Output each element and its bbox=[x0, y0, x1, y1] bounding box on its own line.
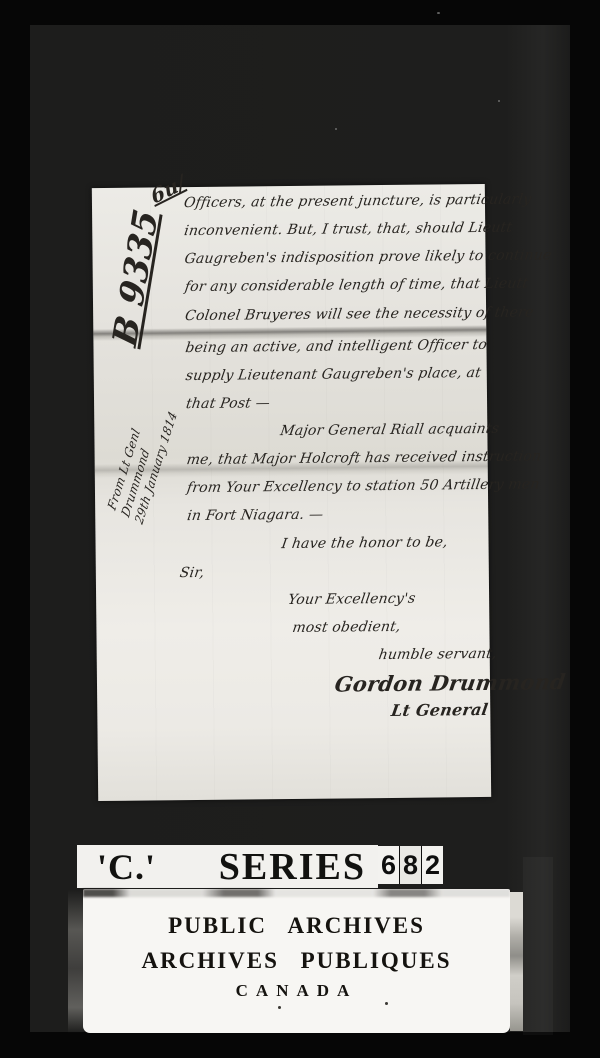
series-letter-label: 'C.' bbox=[97, 846, 156, 888]
closing-line: I have the honor to be, bbox=[280, 534, 449, 552]
signature-rank: Lt General bbox=[390, 700, 490, 720]
volume-digit: 6 bbox=[378, 846, 399, 884]
letter-line: Officers, at the present juncture, is pa… bbox=[183, 191, 533, 211]
closing-line: humble servant, bbox=[378, 646, 498, 663]
archive-card-title-fr: ARCHIVES PUBLIQUES bbox=[83, 948, 510, 974]
letter-line: from Your Excellency to station 50 Artil… bbox=[186, 476, 541, 496]
microfilm-scan: 6u/ B 9335 From Lt Genl Drummond 29th Ja… bbox=[0, 0, 600, 1058]
archive-card-title-en: PUBLIC ARCHIVES bbox=[83, 913, 510, 939]
card-speck bbox=[385, 1002, 388, 1005]
letter-document: 6u/ B 9335 From Lt Genl Drummond 29th Ja… bbox=[92, 184, 491, 801]
volume-digit: 8 bbox=[400, 846, 421, 884]
signature: Gordon Drummond bbox=[333, 669, 567, 696]
closing-line: Your Excellency's bbox=[287, 591, 417, 608]
letter-line: inconvenient. But, I trust, that, should… bbox=[183, 220, 513, 239]
volume-digit: 2 bbox=[422, 846, 443, 884]
series-word-label: SERIES bbox=[219, 845, 366, 889]
card-speck bbox=[278, 1006, 281, 1009]
letter-line: Major General Riall acquaints bbox=[279, 421, 500, 439]
card-left-edge-smudge bbox=[68, 890, 84, 1033]
docket-annotation: From Lt Genl Drummond 29th January 1814 bbox=[105, 395, 180, 527]
letter-line: in Fort Niagara. — bbox=[186, 507, 324, 524]
letter-line: supply Lieutenant Gaugreben's place, at bbox=[185, 365, 483, 384]
card-shadow bbox=[523, 857, 553, 1035]
letter-line: for any considerable length of time, tha… bbox=[184, 275, 530, 295]
dust-speck bbox=[335, 128, 337, 130]
card-right-edge-strip bbox=[510, 892, 523, 1031]
archive-card-country: CANADA bbox=[83, 981, 510, 1001]
archive-card: PUBLIC ARCHIVES ARCHIVES PUBLIQUES CANAD… bbox=[83, 889, 510, 1033]
volume-number: 6 8 2 bbox=[378, 846, 443, 884]
closing-line: Sir, bbox=[179, 565, 206, 581]
series-banner: 'C.' SERIES bbox=[77, 845, 378, 888]
dust-speck bbox=[498, 100, 500, 102]
letter-line: being an active, and intelligent Officer… bbox=[184, 337, 488, 356]
letter-line: that Post — bbox=[185, 395, 271, 412]
dust-speck bbox=[437, 12, 440, 14]
closing-line: most obedient, bbox=[291, 619, 402, 636]
letter-line: Colonel Bruyeres will see the necessity … bbox=[184, 304, 535, 324]
